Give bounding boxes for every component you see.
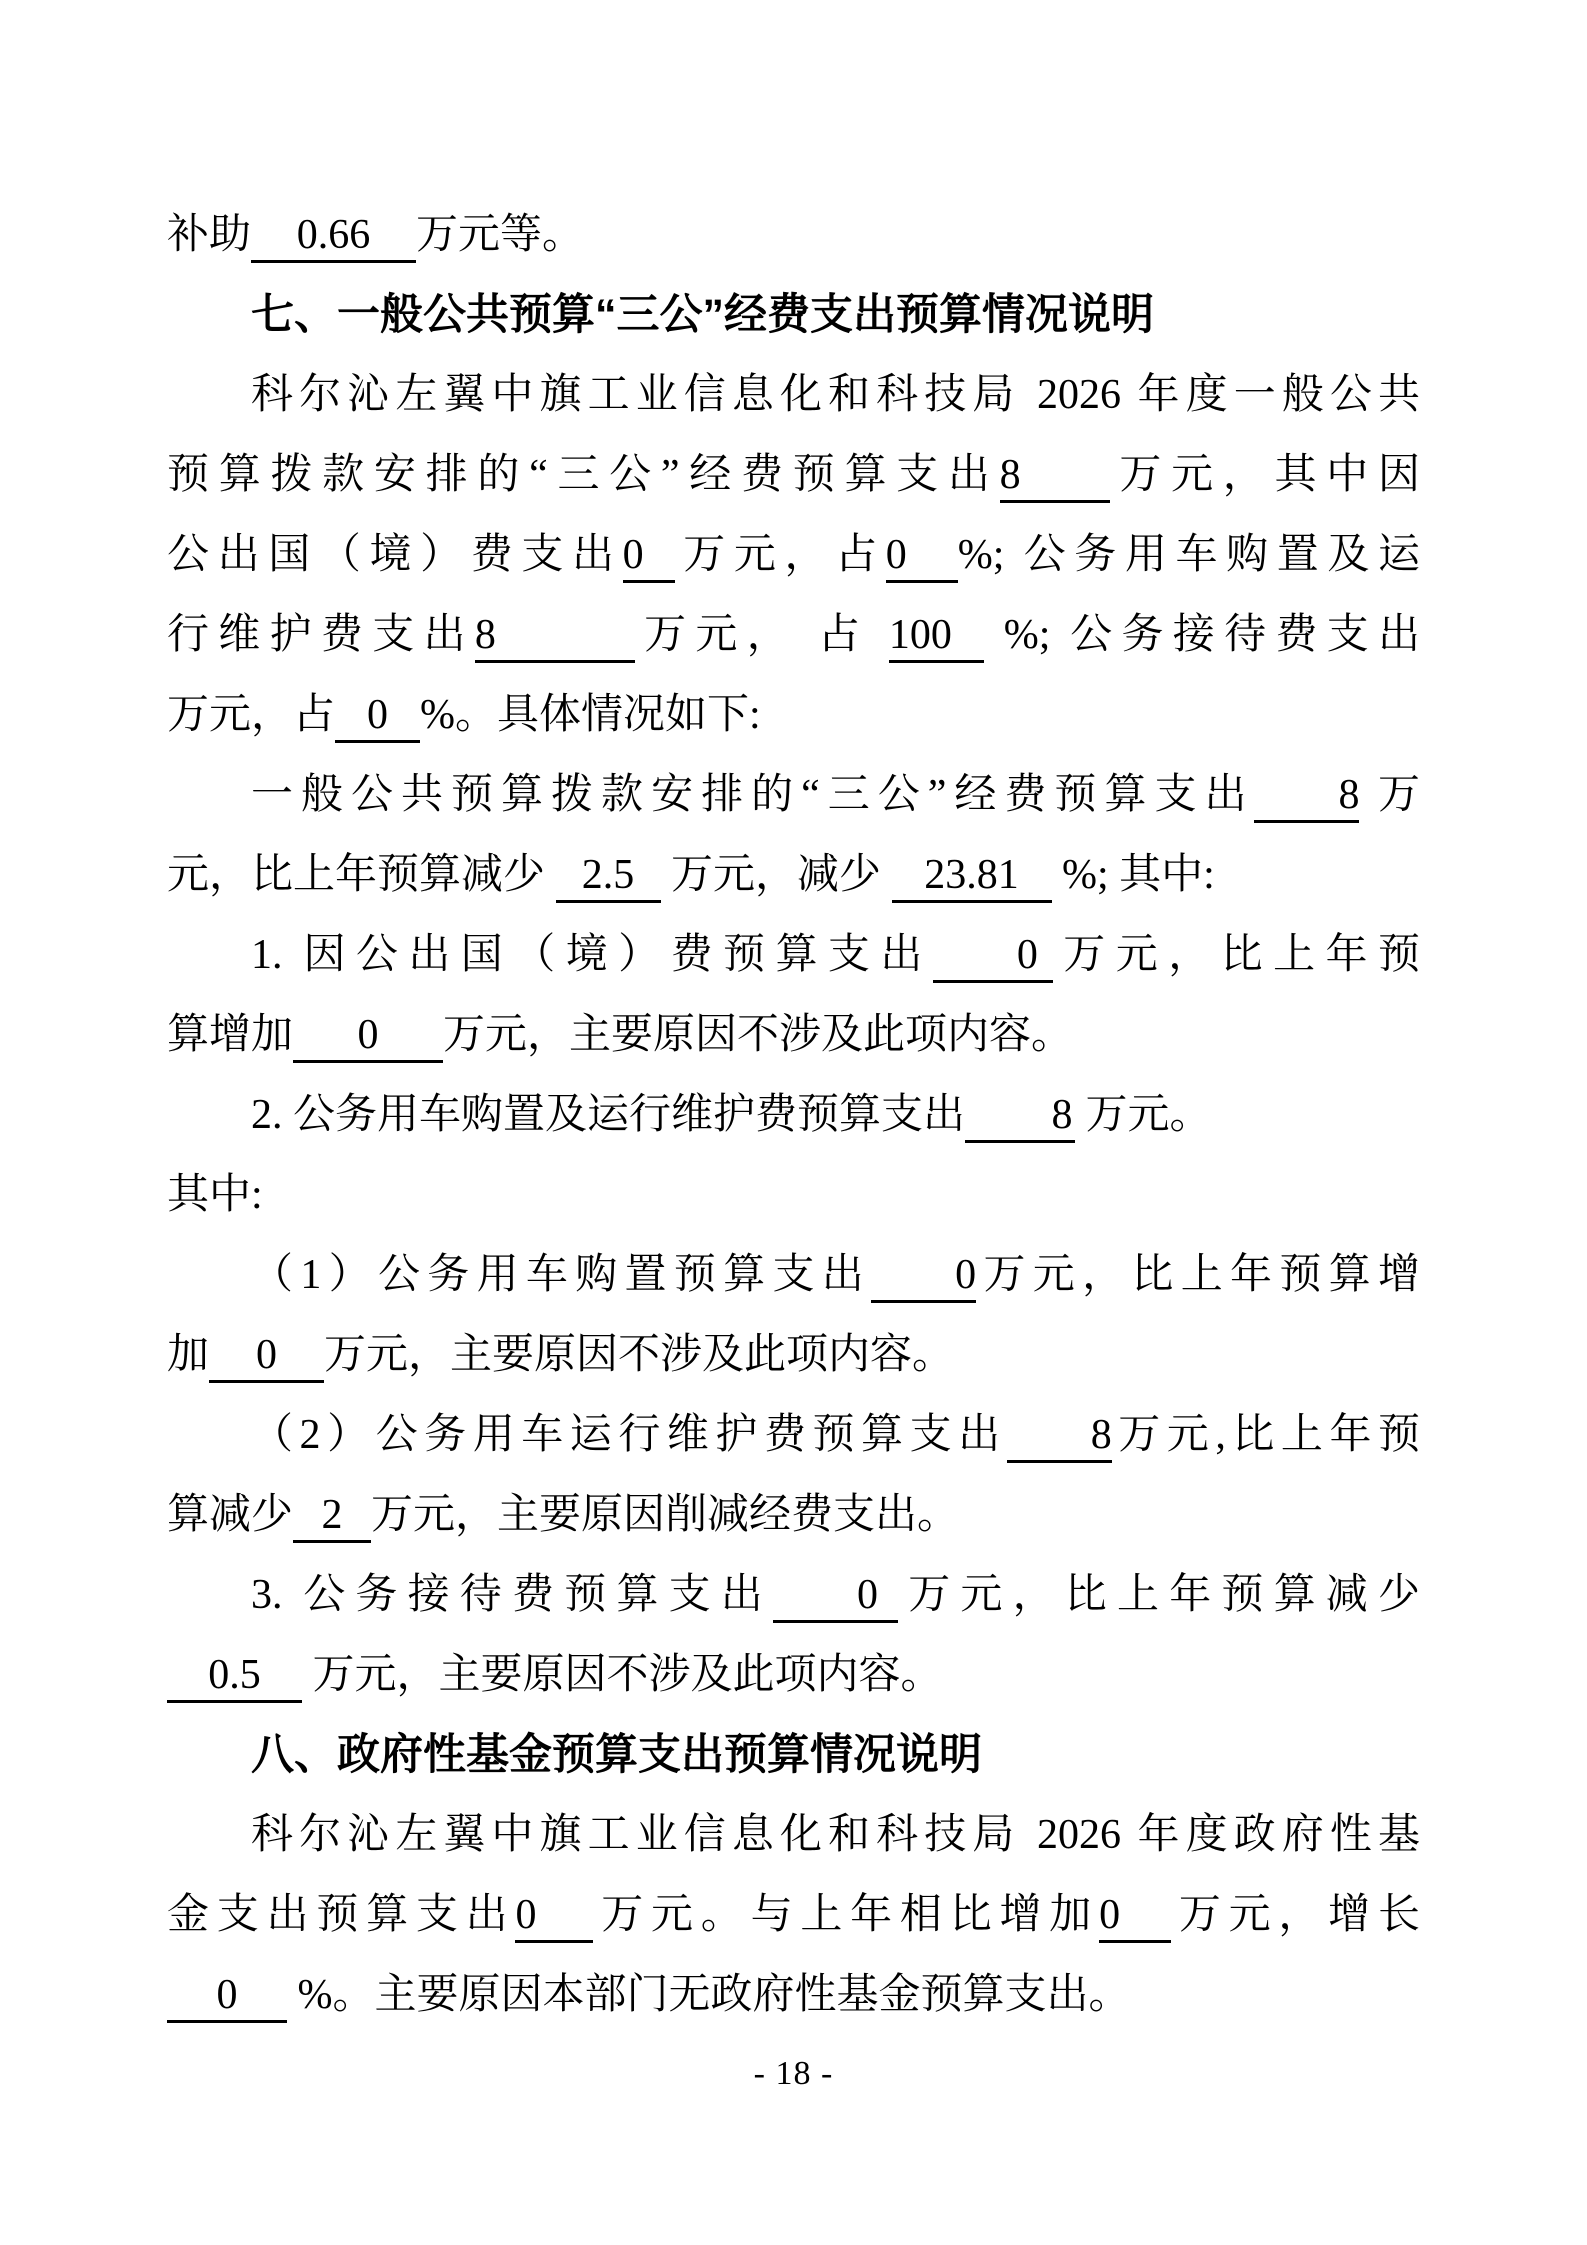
underlined-blank-value: 2	[293, 1494, 371, 1543]
text-run: 万元。与上年相比增加	[593, 1892, 1099, 1938]
text-run: 科尔沁左翼中旗工业信息化和科技局 2026 年度政府性基	[251, 1812, 1420, 1858]
text-run: 万元，占	[675, 532, 886, 578]
doc-line: 1. 因公出国（境）费预算支出0万元，比上年预	[167, 915, 1420, 995]
section-heading: 八、政府性基金预算支出预算情况说明	[167, 1715, 1420, 1795]
text-run: 八、政府性基金预算支出预算情况说明	[251, 1731, 982, 1779]
doc-line: 0.5 万元，主要原因不涉及此项内容。	[167, 1635, 1420, 1715]
underlined-blank-value: 0	[335, 694, 420, 743]
text-run: 万	[1359, 772, 1420, 818]
underlined-blank-value: 8	[1254, 774, 1359, 823]
text-run: 算增加	[167, 1012, 293, 1058]
text-run: 万元，主要原因削减经费支出。	[371, 1492, 959, 1538]
underlined-blank-value: 0	[933, 934, 1053, 983]
doc-line: 公出国（境）费支出0万元，占0%; 公务用车购置及运	[167, 515, 1420, 595]
doc-line: 科尔沁左翼中旗工业信息化和科技局 2026 年度政府性基	[167, 1795, 1420, 1875]
page-number: - 18 -	[167, 2045, 1420, 2103]
text-run: 预算拨款安排的“三公”经费预算支出	[167, 452, 1000, 498]
underlined-blank-value: 0	[167, 1974, 287, 2023]
text-run: 公出国（境）费支出	[167, 532, 623, 578]
doc-line: 算增加0万元，主要原因不涉及此项内容。	[167, 995, 1420, 1075]
text-run: 万元。	[1075, 1092, 1212, 1138]
doc-line: 金支出预算支出0万元。与上年相比增加0万元，增长	[167, 1875, 1420, 1955]
underlined-blank-value: 0.66	[251, 214, 416, 263]
text-run: 万元,比上年预	[1112, 1412, 1420, 1458]
underlined-blank-value: 8	[1007, 1414, 1112, 1463]
text-run: 行维护费支出	[167, 612, 475, 658]
text-run: （1）公务用车购置预算支出	[251, 1252, 871, 1298]
text-run: %。具体情况如下:	[420, 692, 761, 738]
doc-line: （1）公务用车购置预算支出0万元，比上年预算增	[167, 1235, 1420, 1315]
doc-line: 0 %。主要原因本部门无政府性基金预算支出。	[167, 1955, 1420, 2035]
text-run: 万元，比上年预	[1053, 932, 1420, 978]
underlined-blank-value: 8	[475, 614, 635, 663]
text-run: %。主要原因本部门无政府性基金预算支出。	[287, 1972, 1131, 2018]
underlined-blank-value: 0	[209, 1334, 324, 1383]
text-run: 万元， 占	[635, 612, 889, 658]
doc-line: 补助0.66万元等。	[167, 195, 1420, 275]
text-run: %; 公务接待费支出	[984, 612, 1420, 658]
underlined-blank-value: 100	[889, 614, 984, 663]
underlined-blank-value: 0	[623, 534, 675, 583]
text-run: 1. 因公出国（境）费预算支出	[251, 932, 933, 978]
underlined-blank-value: 0.5	[167, 1654, 302, 1703]
text-run: 算减少	[167, 1492, 293, 1538]
text-run: 七、一般公共预算“三公”经费支出预算情况说明	[251, 291, 1154, 339]
underlined-blank-value: 0	[1099, 1894, 1171, 1943]
underlined-blank-value: 0	[871, 1254, 976, 1303]
doc-line: 3. 公务接待费预算支出0万元，比上年预算减少	[167, 1555, 1420, 1635]
underlined-blank-value: 0	[293, 1014, 443, 1063]
text-run: 万元，比上年预算减少	[898, 1572, 1420, 1618]
text-run: 3. 公务接待费预算支出	[251, 1572, 773, 1618]
underlined-blank-value: 8	[965, 1094, 1075, 1143]
doc-line: 算减少2万元，主要原因削减经费支出。	[167, 1475, 1420, 1555]
doc-line: 其中:	[167, 1155, 1420, 1235]
text-run: 万元，减少	[661, 852, 892, 898]
text-run: 万元，占	[167, 692, 335, 738]
text-run: 万元，主要原因不涉及此项内容。	[302, 1652, 943, 1698]
text-run: （2）公务用车运行维护费预算支出	[251, 1412, 1007, 1458]
text-run: %; 其中:	[1052, 852, 1215, 898]
doc-line: 加0万元，主要原因不涉及此项内容。	[167, 1315, 1420, 1395]
underlined-blank-value: 23.81	[892, 854, 1052, 903]
text-run: 万元等。	[416, 212, 584, 258]
doc-line: 预算拨款安排的“三公”经费预算支出8万元，其中因	[167, 435, 1420, 515]
doc-line: （2）公务用车运行维护费预算支出8万元,比上年预	[167, 1395, 1420, 1475]
doc-line: 行维护费支出8万元， 占 100 %; 公务接待费支出	[167, 595, 1420, 675]
text-run: 科尔沁左翼中旗工业信息化和科技局 2026 年度一般公共	[251, 372, 1420, 418]
text-run: 元，比上年预算减少	[167, 852, 556, 898]
text-run: 万元，主要原因不涉及此项内容。	[443, 1012, 1073, 1058]
section-heading: 七、一般公共预算“三公”经费支出预算情况说明	[167, 275, 1420, 355]
document-body: 补助0.66万元等。七、一般公共预算“三公”经费支出预算情况说明科尔沁左翼中旗工…	[167, 195, 1420, 2035]
text-run: 加	[167, 1332, 209, 1378]
text-run: 一般公共预算拨款安排的“三公”经费预算支出	[251, 772, 1254, 818]
text-run: 2. 公务用车购置及运行维护费预算支出	[251, 1092, 965, 1138]
underlined-blank-value: 8	[1000, 454, 1110, 503]
underlined-blank-value: 2.5	[556, 854, 661, 903]
text-run: 万元，增长	[1171, 1892, 1420, 1938]
document-page: 补助0.66万元等。七、一般公共预算“三公”经费支出预算情况说明科尔沁左翼中旗工…	[0, 0, 1587, 2245]
underlined-blank-value: 0	[773, 1574, 898, 1623]
text-run: 补助	[167, 212, 251, 258]
doc-line: 科尔沁左翼中旗工业信息化和科技局 2026 年度一般公共	[167, 355, 1420, 435]
doc-line: 元，比上年预算减少 2.5 万元，减少 23.81 %; 其中:	[167, 835, 1420, 915]
text-run: 万元，其中因	[1110, 452, 1420, 498]
text-run: 其中:	[167, 1172, 263, 1218]
doc-line: 2. 公务用车购置及运行维护费预算支出8 万元。	[167, 1075, 1420, 1155]
doc-line: 万元，占0%。具体情况如下:	[167, 675, 1420, 755]
text-run: 万元，主要原因不涉及此项内容。	[324, 1332, 954, 1378]
text-run: 金支出预算支出	[167, 1892, 515, 1938]
underlined-blank-value: 0	[515, 1894, 593, 1943]
text-run: %; 公务用车购置及运	[958, 532, 1420, 578]
text-run: 万元，比上年预算增	[976, 1252, 1420, 1298]
doc-line: 一般公共预算拨款安排的“三公”经费预算支出8 万	[167, 755, 1420, 835]
underlined-blank-value: 0	[886, 534, 958, 583]
